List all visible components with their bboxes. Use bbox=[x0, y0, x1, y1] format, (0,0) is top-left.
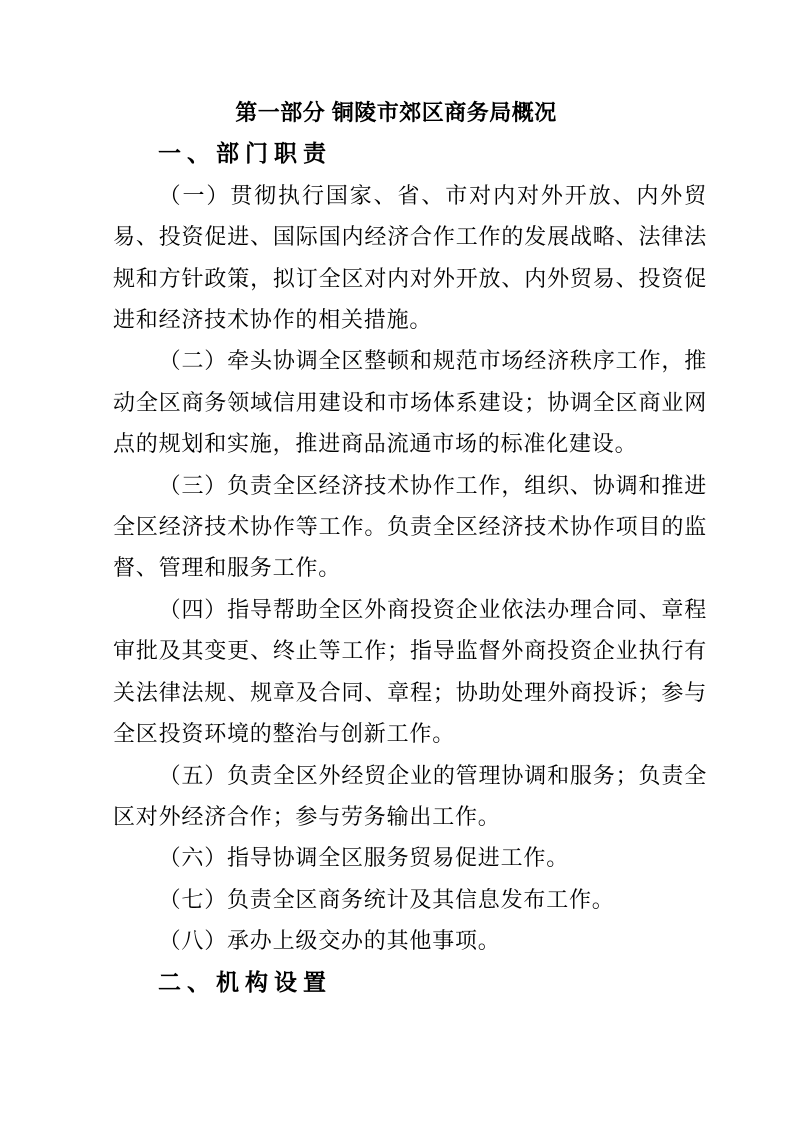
duty-paragraph-2: （二）牵头协调全区整顿和规范市场经济秩序工作，推动全区商务领域信用建设和市场体系… bbox=[113, 340, 707, 464]
duty-paragraph-7: （七）负责全区商务统计及其信息发布工作。 bbox=[113, 879, 707, 920]
duty-paragraph-3: （三）负责全区经济技术协作工作，组织、协调和推进全区经济技术协作等工作。负责全区… bbox=[113, 465, 707, 589]
duty-paragraph-1: （一）贯彻执行国家、省、市对内对外开放、内外贸易、投资促进、国际国内经济合作工作… bbox=[113, 175, 707, 341]
duty-paragraph-6: （六）指导协调全区服务贸易促进工作。 bbox=[113, 837, 707, 878]
duty-paragraph-8: （八）承办上级交办的其他事项。 bbox=[113, 920, 707, 961]
document-title: 第一部分 铜陵市郊区商务局概况 bbox=[113, 92, 707, 133]
section-heading-organization-setup: 二、机构设置 bbox=[113, 962, 707, 1003]
duty-paragraph-5: （五）负责全区外经贸企业的管理协调和服务；负责全区对外经济合作；参与劳务输出工作… bbox=[113, 755, 707, 838]
document-page: 第一部分 铜陵市郊区商务局概况 一、部门职责 （一）贯彻执行国家、省、市对内对外… bbox=[0, 0, 793, 1122]
duty-paragraph-4: （四）指导帮助全区外商投资企业依法办理合同、章程审批及其变更、终止等工作；指导监… bbox=[113, 589, 707, 755]
section-heading-department-duties: 一、部门职责 bbox=[113, 133, 707, 174]
